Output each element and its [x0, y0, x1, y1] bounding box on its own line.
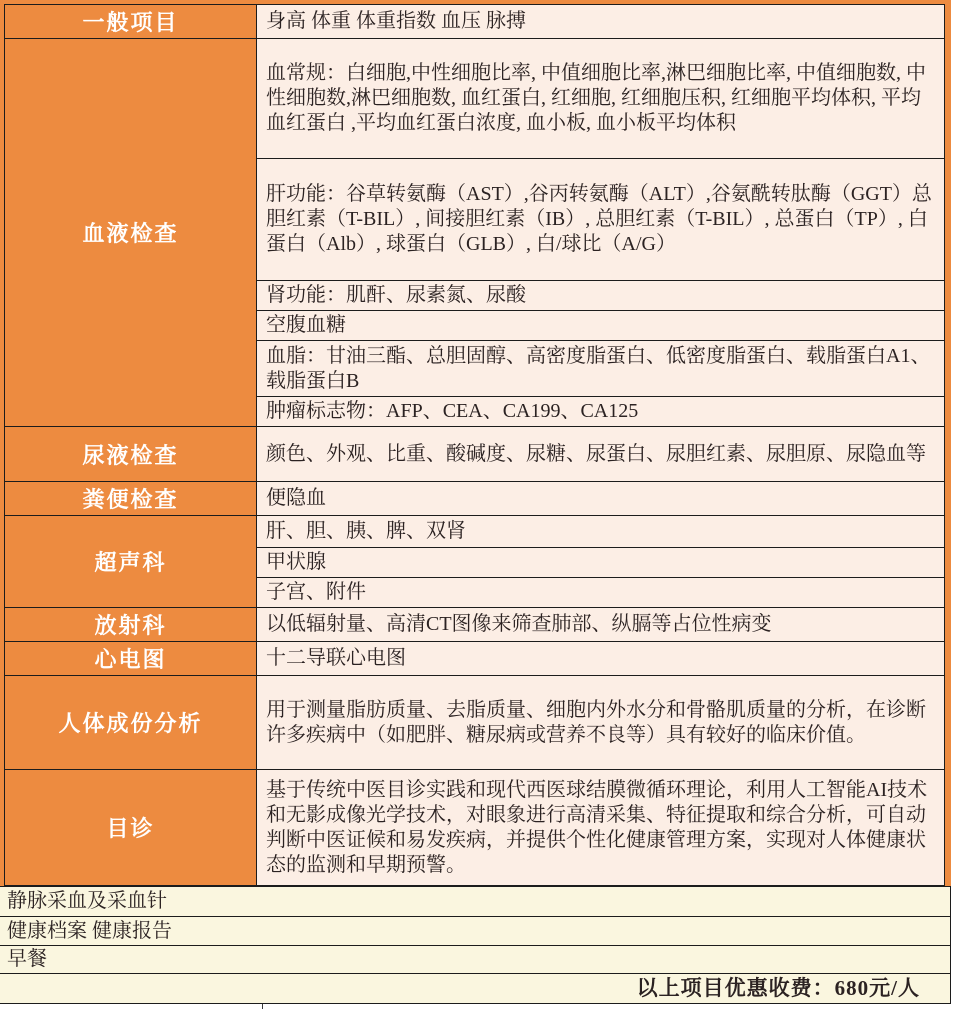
table-row: 一般项目 身高 体重 体重指数 血压 脉搏	[5, 5, 945, 39]
item-cell: 颜色、外观、比重、酸碱度、尿糖、尿蛋白、尿胆红素、尿胆原、尿隐血等	[257, 427, 945, 482]
table-row: 早餐	[0, 946, 951, 974]
footer-row-breakfast: 早餐	[0, 946, 951, 974]
category-cell-eye-diagnosis: 目诊	[5, 770, 257, 886]
item-cell: 甲状腺	[257, 548, 945, 578]
table-row: 健康档案 健康报告	[0, 917, 951, 946]
table-row: 静脉采血及采血针	[0, 887, 951, 917]
category-cell-ecg: 心电图	[5, 642, 257, 676]
table-row: 以上项目优惠收费：680元/人	[0, 974, 951, 1004]
column-divider-line	[262, 1004, 263, 1009]
item-cell: 基于传统中医目诊实践和现代西医球结膜微循环理论，利用人工智能AI技术和无影成像光…	[257, 770, 945, 886]
table-row: 尿液检查 颜色、外观、比重、酸碱度、尿糖、尿蛋白、尿胆红素、尿胆原、尿隐血等	[5, 427, 945, 482]
item-cell: 身高 体重 体重指数 血压 脉搏	[257, 5, 945, 39]
item-cell: 肝、胆、胰、脾、双肾	[257, 516, 945, 548]
category-cell-stool-test: 粪便检查	[5, 482, 257, 516]
category-cell-radiology: 放射科	[5, 608, 257, 642]
table-row: 人体成份分析 用于测量脂肪质量、去脂质量、细胞内外水分和骨骼肌质量的分析，在诊断…	[5, 676, 945, 770]
item-cell: 肿瘤标志物：AFP、CEA、CA199、CA125	[257, 397, 945, 427]
item-cell: 十二导联心电图	[257, 642, 945, 676]
category-cell-general: 一般项目	[5, 5, 257, 39]
table-row: 超声科 肝、胆、胰、脾、双肾	[5, 516, 945, 548]
item-cell: 以低辐射量、高清CT图像来筛查肺部、纵膈等占位性病变	[257, 608, 945, 642]
item-cell: 肝功能：谷草转氨酶（AST）,谷丙转氨酶（ALT）,谷氨酰转肽酶（GGT）总胆红…	[257, 159, 945, 281]
table-cutoff-edge	[0, 1004, 955, 1009]
price-row: 以上项目优惠收费：680元/人	[0, 974, 951, 1004]
table-row: 放射科 以低辐射量、高清CT图像来筛查肺部、纵膈等占位性病变	[5, 608, 945, 642]
item-cell: 用于测量脂肪质量、去脂质量、细胞内外水分和骨骼肌质量的分析，在诊断许多疾病中（如…	[257, 676, 945, 770]
footer-section: 静脉采血及采血针 健康档案 健康报告 早餐 以上项目优惠收费：680元/人	[0, 886, 951, 1004]
category-cell-body-composition: 人体成份分析	[5, 676, 257, 770]
table-row: 血液检查 血常规：白细胞,中性细胞比率, 中值细胞比率,淋巴细胞比率, 中值细胞…	[5, 39, 945, 159]
table-row: 目诊 基于传统中医目诊实践和现代西医球结膜微循环理论，利用人工智能AI技术和无影…	[5, 770, 945, 886]
category-cell-blood-test: 血液检查	[5, 39, 257, 427]
footer-row-blood-draw: 静脉采血及采血针	[0, 887, 951, 917]
exam-items-grid: 一般项目 身高 体重 体重指数 血压 脉搏 血液检查 血常规：白细胞,中性细胞比…	[4, 4, 945, 886]
item-cell: 血常规：白细胞,中性细胞比率, 中值细胞比率,淋巴细胞比率, 中值细胞数, 中性…	[257, 39, 945, 159]
category-cell-ultrasound: 超声科	[5, 516, 257, 608]
table-row: 心电图 十二导联心电图	[5, 642, 945, 676]
item-cell: 子宫、附件	[257, 578, 945, 608]
item-cell: 血脂：甘油三酯、总胆固醇、高密度脂蛋白、低密度脂蛋白、载脂蛋白A1、载脂蛋白B	[257, 341, 945, 397]
table-row: 粪便检查 便隐血	[5, 482, 945, 516]
main-section: 一般项目 身高 体重 体重指数 血压 脉搏 血液检查 血常规：白细胞,中性细胞比…	[0, 0, 951, 886]
exam-package-table: 一般项目 身高 体重 体重指数 血压 脉搏 血液检查 血常规：白细胞,中性细胞比…	[0, 0, 955, 1009]
footer-row-health-record: 健康档案 健康报告	[0, 917, 951, 946]
item-cell: 便隐血	[257, 482, 945, 516]
category-cell-urine-test: 尿液检查	[5, 427, 257, 482]
item-cell: 肾功能：肌酐、尿素氮、尿酸	[257, 281, 945, 311]
item-cell: 空腹血糖	[257, 311, 945, 341]
